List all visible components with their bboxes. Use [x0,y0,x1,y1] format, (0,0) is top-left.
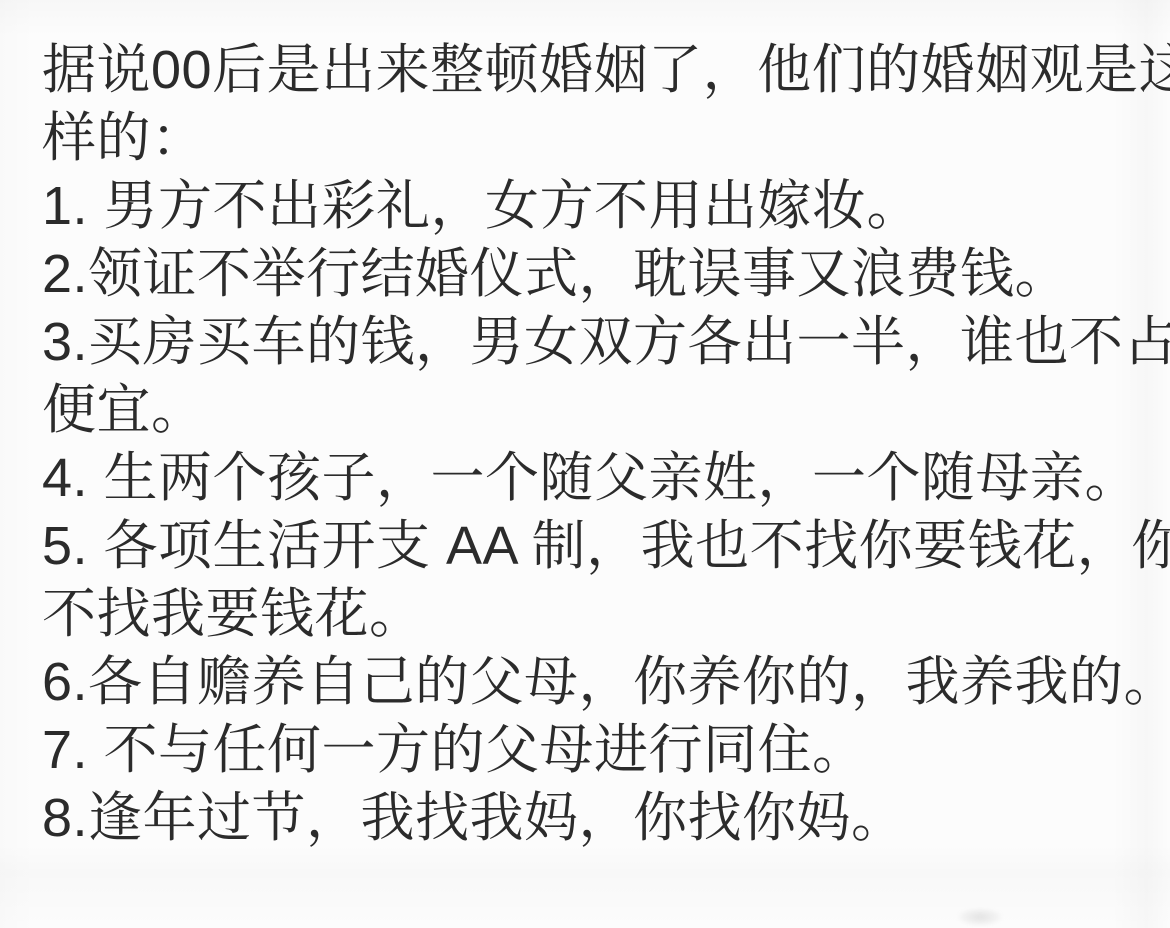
text-line-rule-2: 2.领证不举行结婚仪式，耽误事又浪费钱。 [42,240,1150,308]
text-line-rule-1: 1. 男方不出彩礼，女方不用出嫁妆。 [42,172,1150,240]
post-text-block: 据说00后是出来整顿婚姻了，他们的婚姻观是这 样的： 1. 男方不出彩礼，女方不… [42,36,1150,852]
text-line-rule-3a: 3.买房买车的钱，男女双方各出一半，谁也不占谁 [42,308,1150,376]
text-line-intro-1: 据说00后是出来整顿婚姻了，他们的婚姻观是这 [42,36,1150,104]
text-line-rule-5b: 不找我要钱花。 [42,580,1150,648]
text-line-rule-4: 4. 生两个孩子，一个随父亲姓，一个随母亲。 [42,444,1150,512]
text-line-rule-3b: 便宜。 [42,376,1150,444]
text-line-rule-5a: 5. 各项生活开支 AA 制，我也不找你要钱花，你也 [42,512,1150,580]
watermark-smudge [958,908,1002,926]
text-line-rule-7: 7. 不与任何一方的父母进行同住。 [42,716,1150,784]
text-line-intro-2: 样的： [42,104,1150,172]
text-line-rule-8: 8.逢年过节，我找我妈，你找你妈。 [42,784,1150,852]
text-line-rule-6: 6.各自赡养自己的父母，你养你的，我养我的。 [42,648,1150,716]
